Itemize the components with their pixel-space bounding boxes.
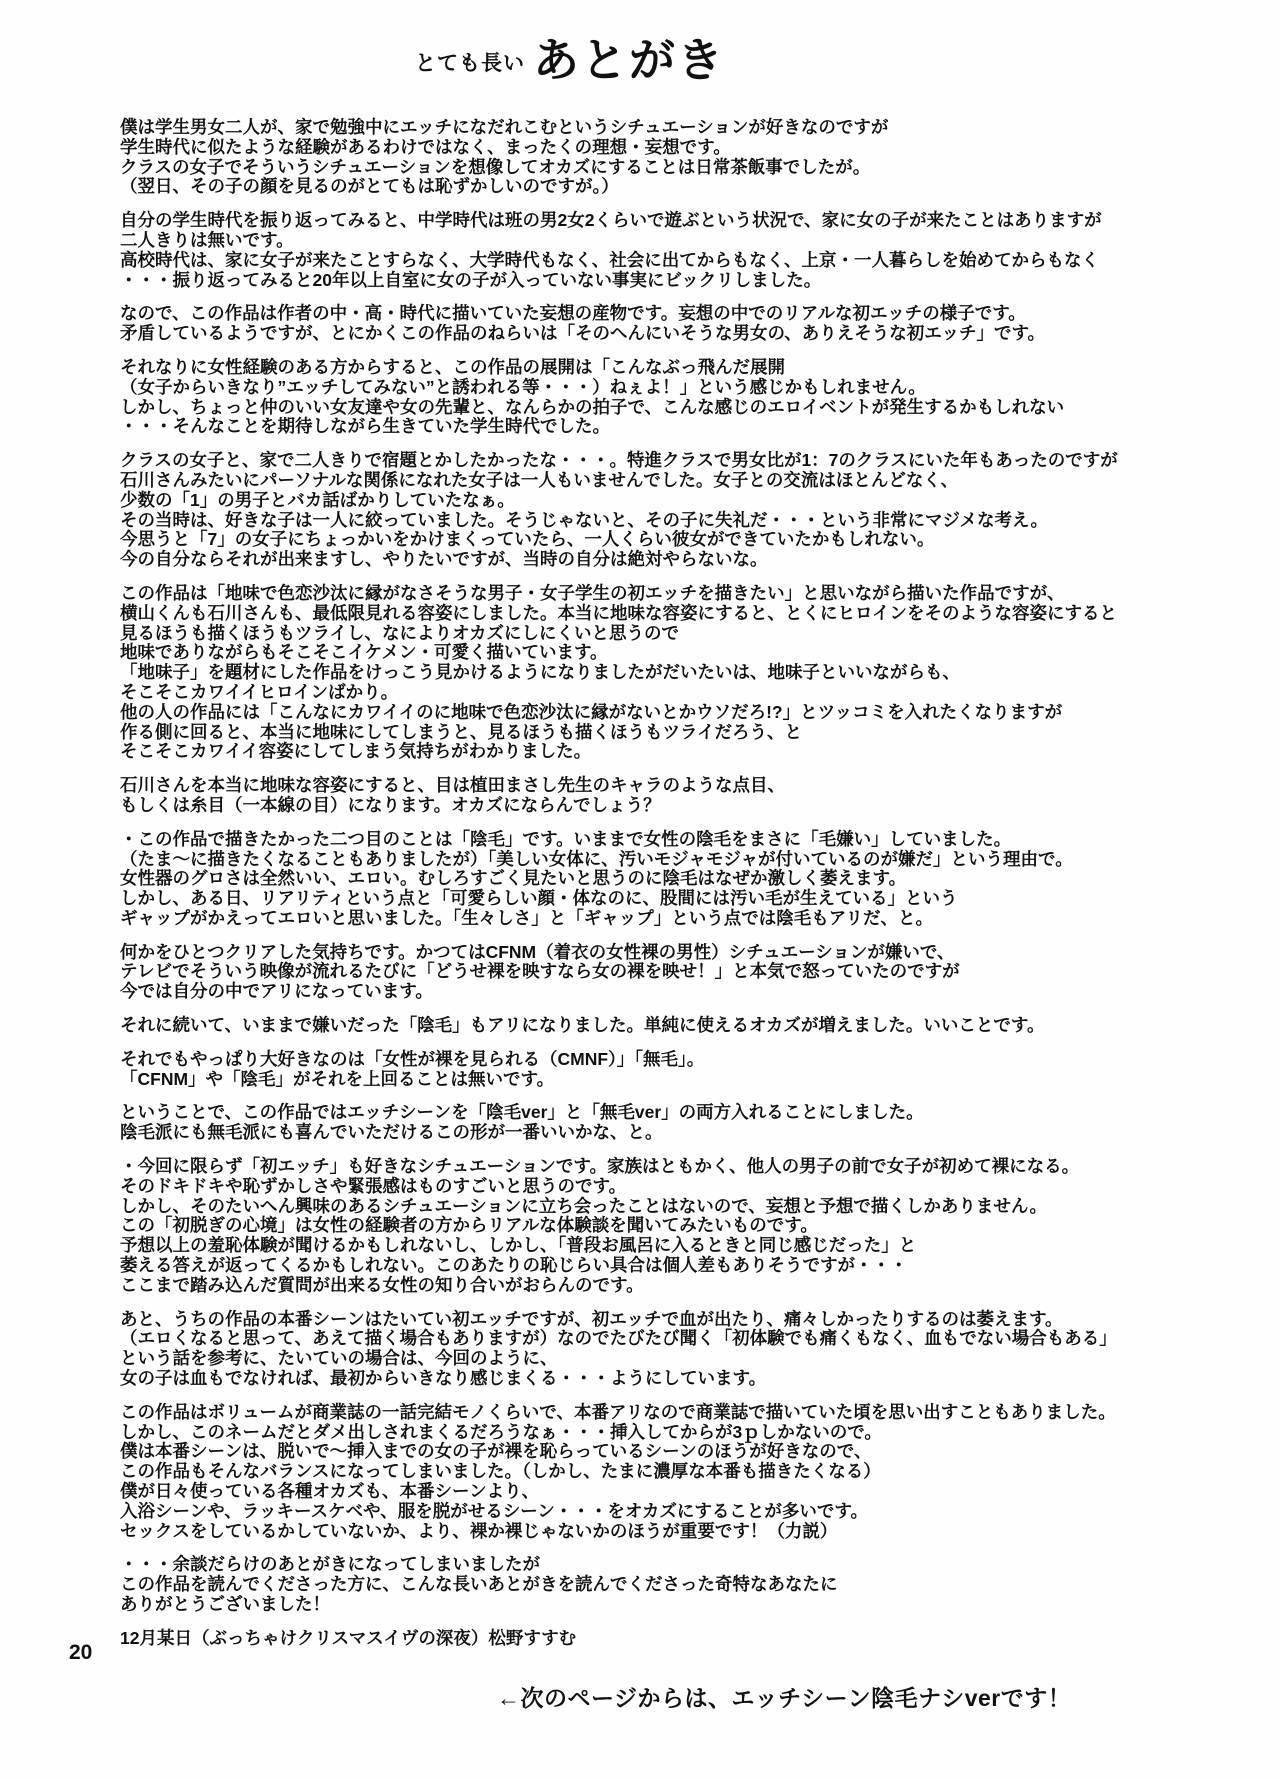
paragraph-14: あと、うちの作品の本番シーンはたいてい初エッチですが、初エッチで血が出たり、痛々… <box>120 1310 1246 1389</box>
page-title: とても長い あとがき <box>415 36 725 84</box>
page-number: 20 <box>69 1641 92 1665</box>
paragraph-2: 自分の学生時代を振り返ってみると、中学時代は班の男2女2くらいで遊ぶという状況で… <box>120 211 1246 290</box>
paragraph-4: それなりに女性経験のある方からすると、この作品の展開は「こんなぶっ飛んだ展開 （… <box>120 358 1246 437</box>
paragraph-5: クラスの女子と、家で二人きりで宿題とかしたかったな・・・。特進クラスで男女比が1… <box>120 451 1246 570</box>
paragraph-13: ・今回に限らず「初エッチ」も好きなシチュエーションです。家族はともかく、他人の男… <box>120 1157 1246 1296</box>
paragraph-10: それに続いて、いままで嫌いだった「陰毛」もアリになりました。単純に使えるオカズが… <box>120 1016 1246 1036</box>
paragraph-3: なので、この作品は作者の中・高・時代に描いていた妄想の産物です。妄想の中でのリア… <box>120 304 1246 344</box>
paragraph-16: ・・・余談だらけのあとがきになってしまいましたが この作品を読んでくださった方に… <box>120 1555 1246 1614</box>
paragraph-9: 何かをひとつクリアした気持ちです。かつてはCFNM（着衣の女性裸の男性）シチュエ… <box>120 943 1246 1002</box>
signature-line: 12月某日（ぶっちゃけクリスマスイヴの深夜）松野すすむ <box>120 1629 1246 1649</box>
paragraph-1: 僕は学生男女二人が、家で勉強中にエッチになだれこむというシチュエーションが好きな… <box>120 118 1246 197</box>
afterword-page: とても長い あとがき 僕は学生男女二人が、家で勉強中にエッチになだれこむというシ… <box>0 0 1280 1779</box>
paragraph-8: ・この作品で描きたかった二つ目のことは「陰毛」です。いままで女性の陰毛をまさに「… <box>120 830 1246 929</box>
paragraph-15: この作品はボリュームが商業誌の一話完結モノくらいで、本番アリなので商業誌で描いて… <box>120 1403 1246 1542</box>
next-page-note: ←次のページからは、エッチシーン陰毛ナシverです！ <box>497 1680 1071 1713</box>
page-title-prefix: とても長い <box>415 47 525 84</box>
page-title-main: あとがき <box>533 36 725 84</box>
paragraph-6: この作品は「地味で色恋沙汰に縁がなさそうな男子・女子学生の初エッチを描きたい」と… <box>120 584 1246 762</box>
paragraph-7: 石川さんを本当に地味な容姿にすると、目は植田まさし先生のキャラのような点目、 も… <box>120 776 1246 816</box>
paragraph-12: ということで、この作品ではエッチシーンを「陰毛ver」と「無毛ver」の両方入れ… <box>120 1103 1246 1143</box>
paragraph-11: それでもやっぱり大好きなのは「女性が裸を見られる（CMNF）」「無毛」。 「CF… <box>120 1050 1246 1090</box>
afterword-body: 僕は学生男女二人が、家で勉強中にエッチになだれこむというシチュエーションが好きな… <box>120 118 1246 1663</box>
